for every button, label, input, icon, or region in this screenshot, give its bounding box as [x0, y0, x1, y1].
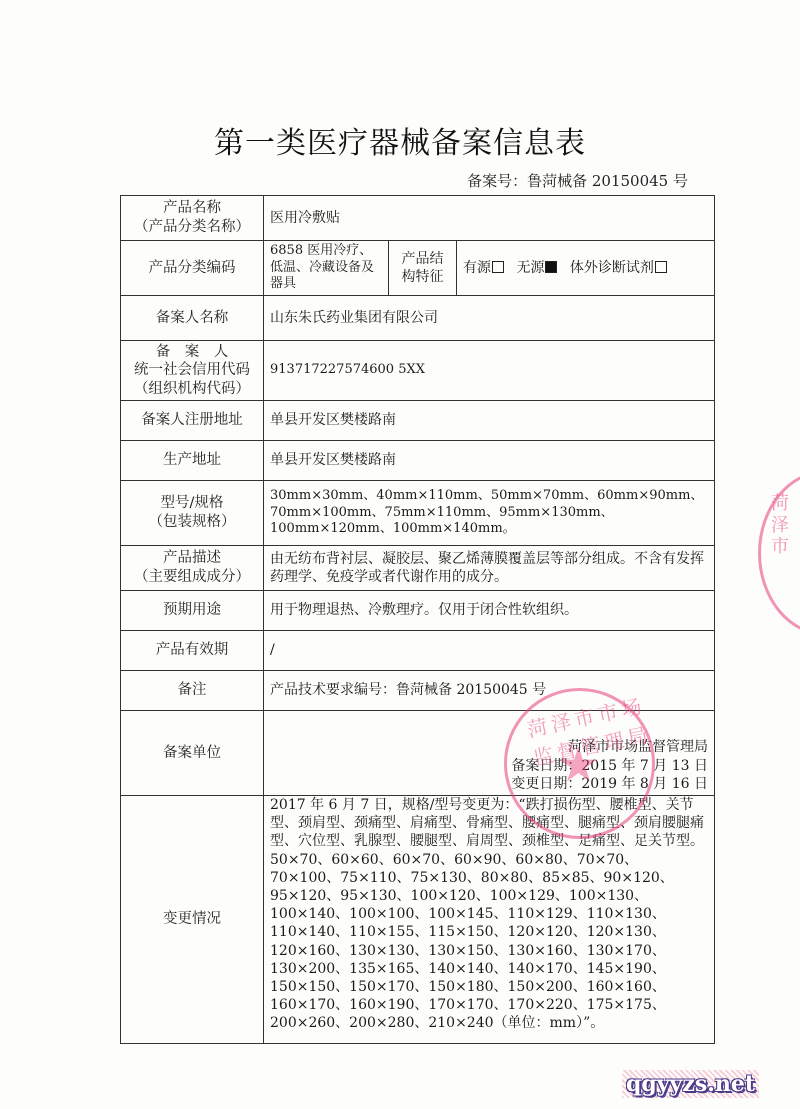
changes-value: 2017 年 6 月 7 日，规格/型号变更为：“跌打损伤型、腰椎型、关节型、颈…: [264, 796, 715, 1044]
row-credit-code: 备 案 人 统一社会信用代码 （组织机构代码） 913717227574600 …: [121, 341, 715, 401]
filing-unit-label: 备案单位: [121, 711, 264, 796]
row-intended-use: 预期用途 用于物理退热、冷敷理疗。仅用于闭合性软组织。: [121, 591, 715, 631]
checkbox-active: [492, 261, 504, 273]
description-value: 由无纺布背衬层、凝胶层、聚乙烯薄膜覆盖层等部分组成。不含有发挥药理学、免疫学或者…: [264, 546, 715, 591]
product-name-value: 医用冷敷贴: [264, 196, 715, 241]
remarks-value: 产品技术要求编号：鲁菏械备 20150045 号: [264, 671, 715, 711]
site-watermark: qgyyzs.net: [622, 1070, 759, 1098]
checkbox-passive-checked: [545, 261, 557, 273]
change-date: 变更日期：2019 年 8 月 16 日: [270, 775, 708, 793]
intended-use-value: 用于物理退热、冷敷理疗。仅用于闭合性软组织。: [264, 591, 715, 631]
row-production-address: 生产地址 单县开发区樊楼路南: [121, 441, 715, 481]
category-code-value: 6858 医用冷疗、低温、冷藏设备及器具: [264, 241, 389, 296]
credit-code-value: 913717227574600 5XX: [264, 341, 715, 401]
remarks-label: 备注: [121, 671, 264, 711]
description-label: 产品描述 （主要组成成分）: [121, 546, 264, 591]
model-spec-label: 型号/规格 （包装规格）: [121, 481, 264, 546]
option-ivd-label: 体外诊断试剂: [570, 260, 654, 276]
row-filing-unit: 备案单位 菏泽市市场监督管理局 备案日期：2015 年 7 月 13 日 变更日…: [121, 711, 715, 796]
filing-date: 备案日期：2015 年 7 月 13 日: [270, 757, 708, 775]
row-registrant-name: 备案人名称 山东朱氏药业集团有限公司: [121, 296, 715, 341]
row-registered-address: 备案人注册地址 单县开发区樊楼路南: [121, 401, 715, 441]
checkbox-ivd: [655, 261, 667, 273]
model-spec-value: 30mm×30mm、40mm×110mm、50mm×70mm、60mm×90mm…: [264, 481, 715, 546]
registrant-name-label: 备案人名称: [121, 296, 264, 341]
option-active-label: 有源: [463, 260, 491, 276]
product-name-label: 产品名称 （产品分类名称）: [121, 196, 264, 241]
registrant-name-value: 山东朱氏药业集团有限公司: [264, 296, 715, 341]
document-title: 第一类医疗器械备案信息表: [0, 118, 800, 162]
registered-address-label: 备案人注册地址: [121, 401, 264, 441]
filing-info-table: 产品名称 （产品分类名称） 医用冷敷贴 产品分类编码 6858 医用冷疗、低温、…: [120, 195, 715, 1044]
row-model-spec: 型号/规格 （包装规格） 30mm×30mm、40mm×110mm、50mm×7…: [121, 481, 715, 546]
record-number: 备案号：鲁菏械备 20150045 号: [467, 170, 688, 191]
row-product-name: 产品名称 （产品分类名称） 医用冷敷贴: [121, 196, 715, 241]
structure-options: 有源 无源 体外诊断试剂: [457, 241, 715, 296]
partial-seal-text: 菏泽市: [771, 493, 793, 558]
production-address-value: 单县开发区樊楼路南: [264, 441, 715, 481]
structure-label: 产品结构特征: [389, 241, 457, 296]
production-address-label: 生产地址: [121, 441, 264, 481]
intended-use-label: 预期用途: [121, 591, 264, 631]
category-code-label: 产品分类编码: [121, 241, 264, 296]
row-changes: 变更情况 2017 年 6 月 7 日，规格/型号变更为：“跌打损伤型、腰椎型、…: [121, 796, 715, 1044]
filing-unit-block: 菏泽市市场监督管理局 备案日期：2015 年 7 月 13 日 变更日期：201…: [264, 711, 715, 796]
row-category-code: 产品分类编码 6858 医用冷疗、低温、冷藏设备及器具 产品结构特征 有源 无源…: [121, 241, 715, 296]
option-passive-label: 无源: [516, 260, 544, 276]
validity-label: 产品有效期: [121, 631, 264, 671]
filing-authority: 菏泽市市场监督管理局: [270, 738, 708, 756]
partial-seal-stamp: 菏泽市: [758, 470, 800, 636]
row-remarks: 备注 产品技术要求编号：鲁菏械备 20150045 号: [121, 671, 715, 711]
changes-label: 变更情况: [121, 796, 264, 1044]
credit-code-label: 备 案 人 统一社会信用代码 （组织机构代码）: [121, 341, 264, 401]
validity-value: /: [264, 631, 715, 671]
row-validity: 产品有效期 /: [121, 631, 715, 671]
registered-address-value: 单县开发区樊楼路南: [264, 401, 715, 441]
row-description: 产品描述 （主要组成成分） 由无纺布背衬层、凝胶层、聚乙烯薄膜覆盖层等部分组成。…: [121, 546, 715, 591]
